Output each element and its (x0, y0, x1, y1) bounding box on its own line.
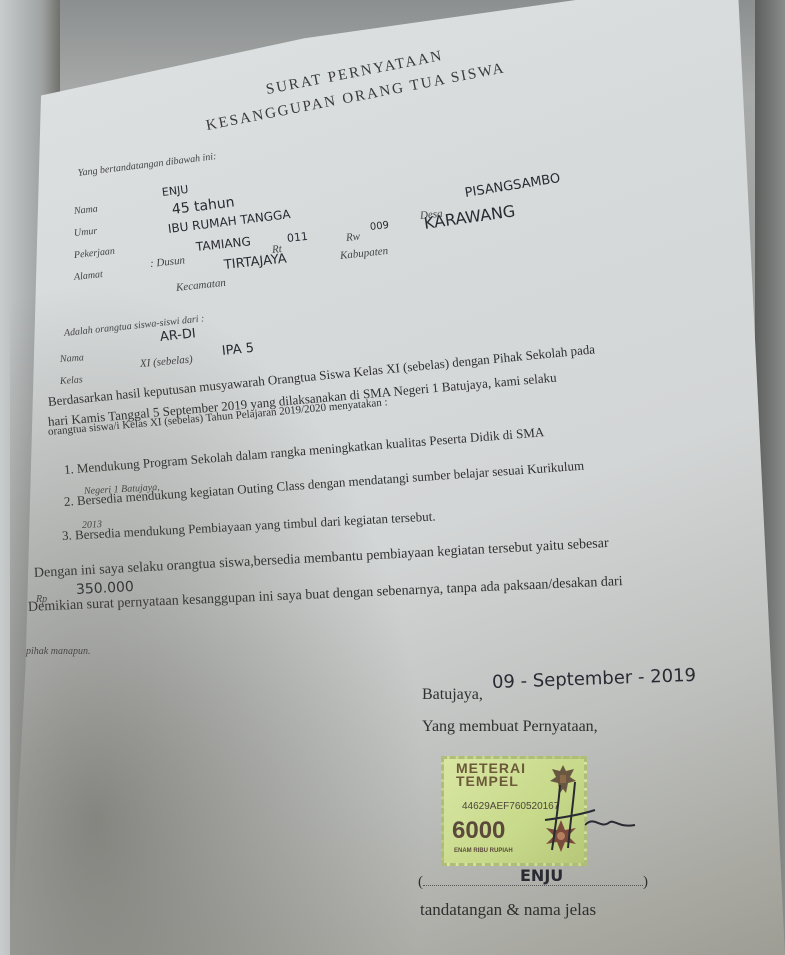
closing-line-2: pihak manapun. (26, 646, 90, 657)
stamp-value: 6000 (452, 817, 505, 845)
kecamatan-label: Kecamatan (175, 277, 226, 294)
parent-age-label: Umur (73, 226, 97, 239)
parent-name-value: ENJU (161, 183, 189, 199)
intro-text: Yang bertandatangan dibawah ini: (77, 151, 217, 179)
dusun-label: : Dusun (149, 254, 185, 270)
student-class-label: Kelas (60, 374, 83, 387)
stamp-title: METERAI TEMPEL (456, 762, 526, 788)
stamp-words: ENAM RIBU RUPIAH (454, 848, 513, 854)
dusun-value: TAMIANG (195, 234, 251, 254)
rw-label: Rw (345, 231, 360, 244)
photo-scene: SURAT PERNYATAAN KESANGGUPAN ORANG TUA S… (0, 0, 785, 955)
signer-name: ENJU (520, 866, 563, 885)
date-value: 09 - September - 2019 (492, 665, 697, 693)
student-class-prefix: XI (sebelas) (139, 353, 193, 370)
parent-job-label: Pekerjaan (73, 246, 115, 261)
kabupaten-value: KARAWANG (423, 201, 517, 233)
point-3-line1: 3. Bersedia mendukung Pembiayaan yang ti… (62, 508, 436, 544)
parent-name-label: Nama (73, 204, 98, 217)
handwritten-signature-icon (540, 780, 640, 860)
document-content: SURAT PERNYATAAN KESANGGUPAN ORANG TUA S… (0, 0, 785, 955)
place-label: Batujaya, (422, 686, 483, 704)
maker-label: Yang membuat Pernyataan, (422, 718, 598, 736)
desa-value: PISANGSAMBO (464, 171, 562, 201)
student-class-value: IPA 5 (221, 341, 255, 359)
student-name-label: Nama (60, 352, 85, 365)
rw-value: 009 (369, 220, 389, 233)
commitment-line: Dengan ini saya selaku orangtua siswa,be… (34, 536, 609, 582)
kabupaten-label: Kabupaten (339, 245, 388, 262)
student-name-value: AR-DI (159, 326, 196, 345)
stamp-title-line2: TEMPEL (456, 775, 526, 788)
signature-caption: tandatangan & nama jelas (420, 900, 596, 920)
rt-value: 011 (286, 230, 308, 245)
parent-address-label: Alamat (73, 269, 103, 283)
kecamatan-value: TIRTAJAYA (223, 251, 287, 273)
